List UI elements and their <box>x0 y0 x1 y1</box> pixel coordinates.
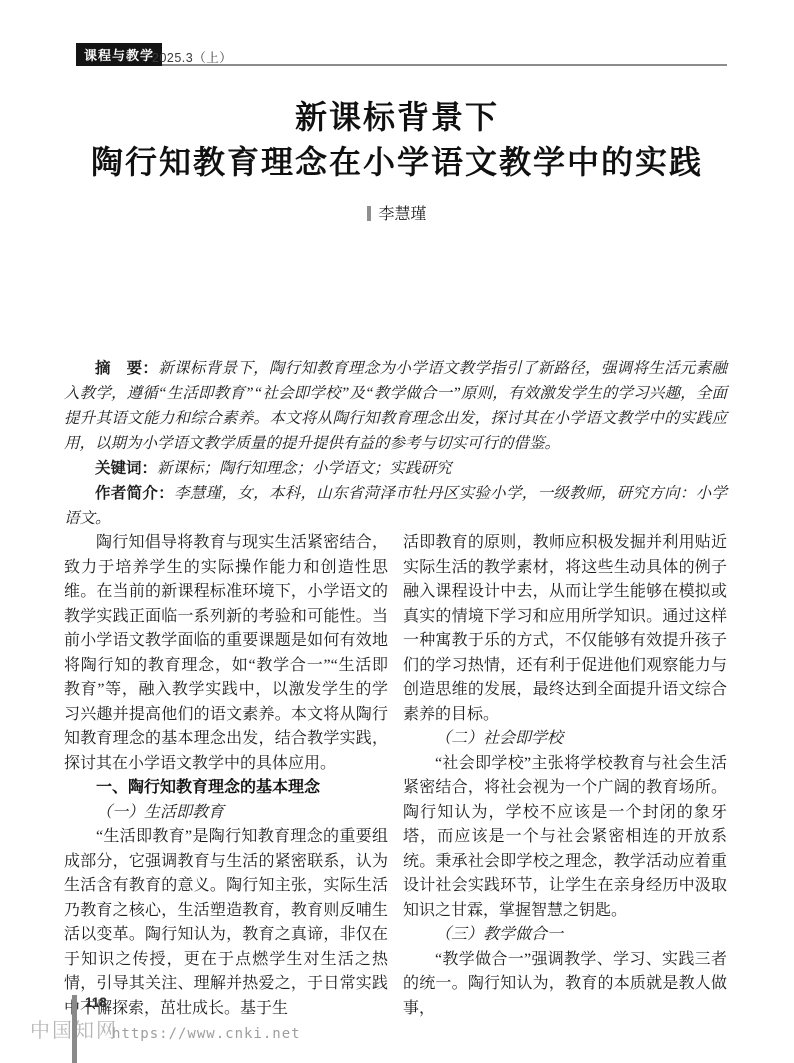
author-name: 李慧瑾 <box>378 206 426 223</box>
author-bio-label: 作者简介： <box>95 485 174 502</box>
document-page: 课程与教学 2025.3（上） 新课标背景下 陶行知教育理念在小学语文教学中的实… <box>0 0 794 1063</box>
column-left: 陶行知倡导将教育与现实生活紧密结合，致力于培养学生的实际操作能力和创造性思维。在… <box>64 531 388 1021</box>
sub-heading: （二）社会即学校 <box>403 727 727 752</box>
author-block: 李慧瑾 <box>0 201 794 224</box>
keywords-text: 新课标；陶行知理念；小学语文；实践研究 <box>157 460 452 477</box>
issue-label: 2025.3（上） <box>152 48 232 66</box>
sub-heading: （三）教学做合一 <box>403 923 727 948</box>
paragraph: “社会即学校”主张将学校教育与社会生活紧密结合，将社会视为一个广阔的教育场所。陶… <box>403 752 727 924</box>
paragraph: “教学做合一”强调教学、学习、实践三者的统一。陶行知认为，教育的本质就是教人做事… <box>403 948 727 1022</box>
abstract-text: 新课标背景下，陶行知教育理念为小学语文教学指引了新路径，强调将生活元素融入教学，… <box>64 360 727 452</box>
page-number: 118 <box>85 995 107 1010</box>
section-heading: 一、陶行知教育理念的基本理念 <box>64 776 388 801</box>
page-title: 新课标背景下 陶行知教育理念在小学语文教学中的实践 <box>40 95 754 185</box>
paragraph: “生活即教育”是陶行知教育理念的重要组成部分，它强调教育与生活的紧密联系，认为生… <box>64 825 388 1021</box>
author-marker-icon <box>367 206 371 221</box>
page-title-line1: 新课标背景下 <box>40 95 754 140</box>
journal-name-label: 课程与教学 <box>84 45 154 64</box>
column-right: 活即教育的原则，教师应积极发掘并利用贴近实际生活的教学素材，将这些生动具体的例子… <box>403 531 727 1021</box>
sub-heading: （一）生活即教育 <box>64 801 388 826</box>
keywords-paragraph: 关键词：新课标；陶行知理念；小学语文；实践研究 <box>64 456 727 481</box>
page-number-bar <box>72 995 77 1063</box>
body-columns: 陶行知倡导将教育与现实生活紧密结合，致力于培养学生的实际操作能力和创造性思维。在… <box>64 531 727 1021</box>
cnki-watermark-url: https://www.cnki.net <box>112 1026 301 1042</box>
page-title-line2: 陶行知教育理念在小学语文教学中的实践 <box>40 140 754 185</box>
front-matter: 摘 要：新课标背景下，陶行知教育理念为小学语文教学指引了新路径，强调将生活元素融… <box>64 356 727 531</box>
author-bio-paragraph: 作者简介：李慧瑾，女，本科，山东省菏泽市牡丹区实验小学，一级教师，研究方向：小学… <box>64 481 727 531</box>
abstract-label: 摘 要： <box>95 360 158 377</box>
paragraph: 陶行知倡导将教育与现实生活紧密结合，致力于培养学生的实际操作能力和创造性思维。在… <box>64 531 388 776</box>
abstract-paragraph: 摘 要：新课标背景下，陶行知教育理念为小学语文教学指引了新路径，强调将生活元素融… <box>64 356 727 456</box>
journal-name-box: 课程与教学 <box>76 43 162 66</box>
paragraph: 活即教育的原则，教师应积极发掘并利用贴近实际生活的教学素材，将这些生动具体的例子… <box>403 531 727 727</box>
keywords-label: 关键词： <box>95 460 157 477</box>
